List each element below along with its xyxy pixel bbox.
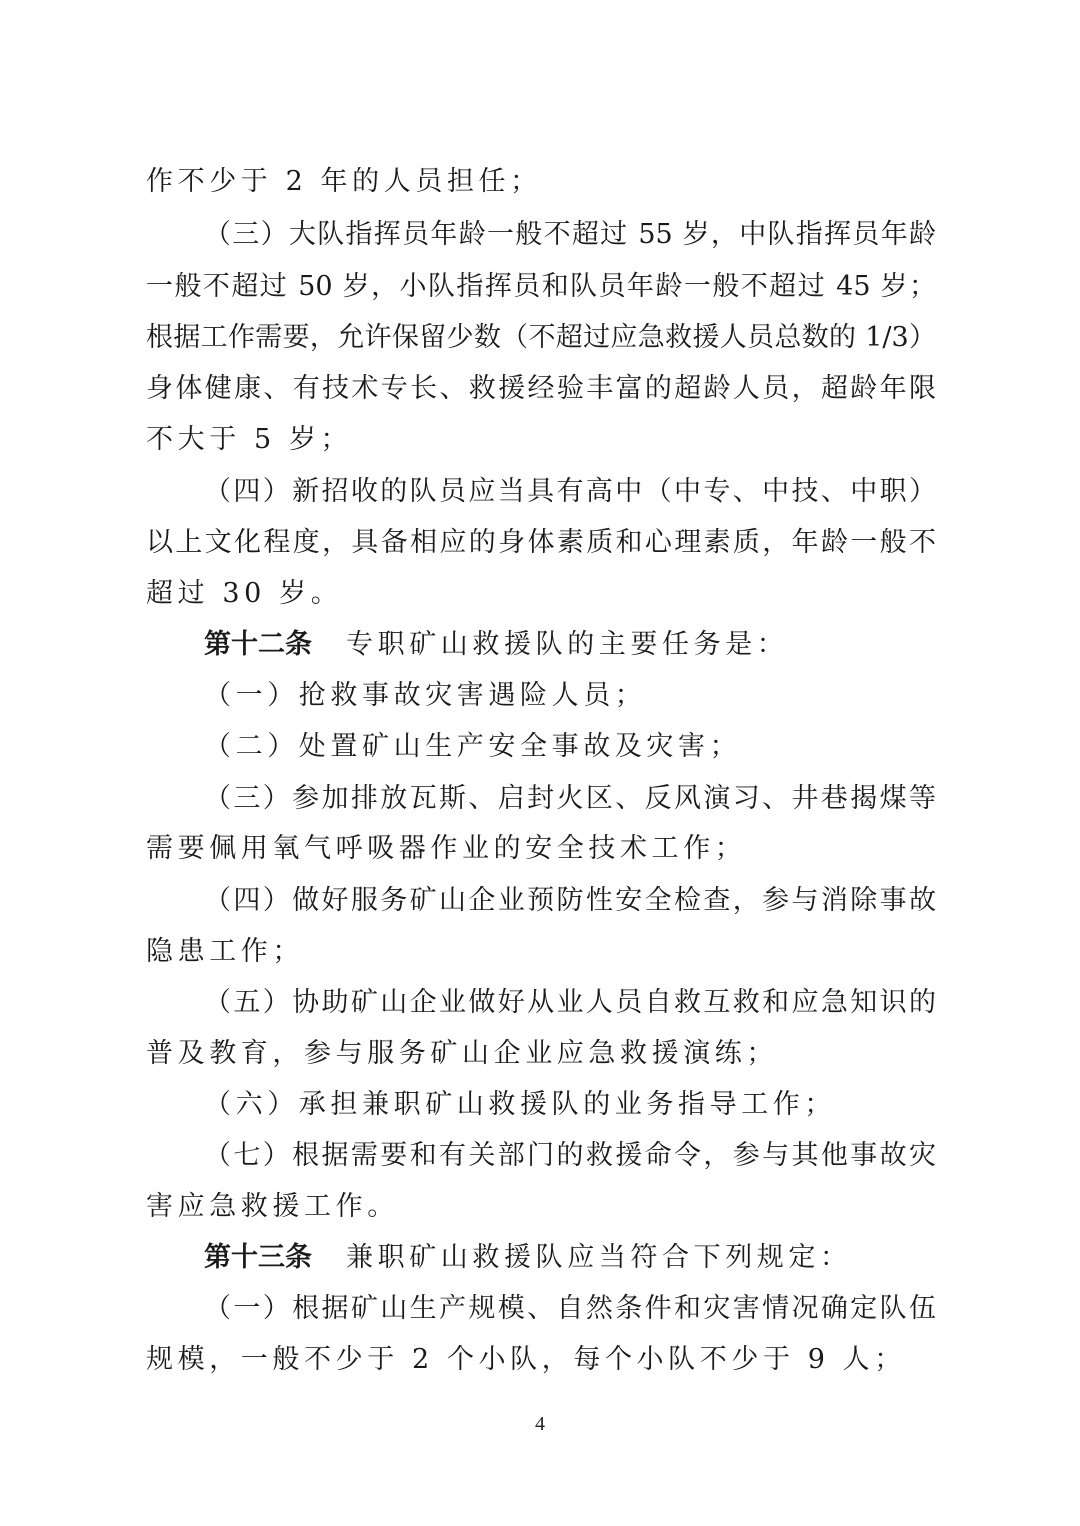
text-line: 规模，一般不少于 2 个小队，每个小队不少于 9 人； <box>146 1340 936 1380</box>
text-line: 普及教育，参与服务矿山企业应急救援演练； <box>146 1034 936 1074</box>
text-line: 害应急救援工作。 <box>146 1187 936 1227</box>
text-line: （一）根据矿山生产规模、自然条件和灾害情况确定队伍 <box>204 1289 936 1329</box>
document-page: 作不少于 2 年的人员担任； （三）大队指挥员年龄一般不超过 55 岁，中队指挥… <box>0 0 1080 1526</box>
text-line: （三）大队指挥员年龄一般不超过 55 岁，中队指挥员年龄 <box>204 215 936 255</box>
text-line: 一般不超过 50 岁，小队指挥员和队员年龄一般不超过 45 岁； <box>146 267 936 307</box>
text-line: （五）协助矿山企业做好从业人员自救互救和应急知识的 <box>204 983 936 1023</box>
text-line: 根据工作需要，允许保留少数（不超过应急救援人员总数的 1/3） <box>146 318 936 358</box>
page-number: 4 <box>0 1413 1080 1436</box>
article-text: 兼职矿山救援队应当符合下列规定： <box>346 1242 852 1273</box>
text-line: （六）承担兼职矿山救援队的业务指导工作； <box>204 1085 936 1125</box>
text-line: （一）抢救事故灾害遇险人员； <box>204 676 936 716</box>
article-12-heading: 第十二条专职矿山救援队的主要任务是： <box>204 625 936 665</box>
article-13-heading: 第十三条兼职矿山救援队应当符合下列规定： <box>204 1238 936 1278</box>
text-line: 身体健康、有技术专长、救援经验丰富的超龄人员，超龄年限 <box>146 369 936 409</box>
article-label: 第十三条 <box>204 1242 312 1273</box>
text-line: 需要佩用氧气呼吸器作业的安全技术工作； <box>146 829 936 869</box>
text-line: （七）根据需要和有关部门的救援命令，参与其他事故灾 <box>204 1136 936 1176</box>
text-line: 以上文化程度，具备相应的身体素质和心理素质，年龄一般不 <box>146 523 936 563</box>
text-line: （二）处置矿山生产安全事故及灾害； <box>204 727 936 767</box>
text-line: 作不少于 2 年的人员担任； <box>146 162 936 202</box>
text-line: （三）参加排放瓦斯、启封火区、反风演习、井巷揭煤等 <box>204 779 936 819</box>
article-text: 专职矿山救援队的主要任务是： <box>346 629 788 660</box>
text-line: 隐患工作； <box>146 932 936 972</box>
text-line: （四）做好服务矿山企业预防性安全检查，参与消除事故 <box>204 881 936 921</box>
text-line: 不大于 5 岁； <box>146 420 936 460</box>
text-line: （四）新招收的队员应当具有高中（中专、中技、中职） <box>204 472 936 512</box>
text-line: 超过 30 岁。 <box>146 574 936 614</box>
article-label: 第十二条 <box>204 629 312 660</box>
